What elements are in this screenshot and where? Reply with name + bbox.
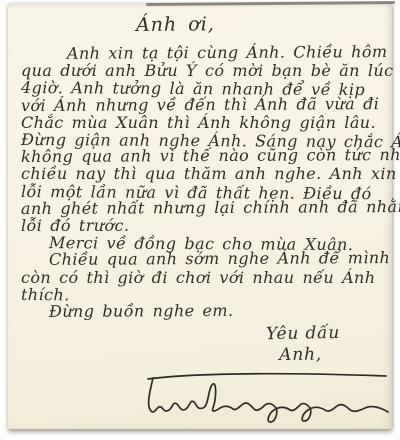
letter-line: Đừng buồn nghe em.: [21, 301, 388, 320]
letter-salutation: Ánh ơi,: [136, 9, 392, 38]
letter-line: chiều nay thì qua thăm anh nghe. Anh xin: [21, 165, 388, 182]
letter-line: Anh xin tạ tội cùng Ánh. Chiều hôm: [21, 43, 388, 62]
letter-scan: Ánh ơi, Anh xin tạ tội cùng Ánh. Chiều h…: [0, 0, 400, 440]
letter-line: qua dưới anh Bửu Ý có mời bạn bè ăn lúc: [21, 62, 388, 79]
letter-content: Ánh ơi, Anh xin tạ tội cùng Ánh. Chiều h…: [8, 3, 392, 429]
signature-trinh-cong-son: [141, 364, 393, 424]
letter-line: với Ánh nhưng về đến thì Ánh đã vừa đi: [21, 95, 388, 114]
letter-line: còn có thì giờ đi chơi với nhau nếu Ánh: [21, 269, 388, 286]
letter-line: anh ghét nhất nhưng lại chính anh đã nhằ…: [21, 198, 388, 217]
letter-closing: Yêu dấu Anh,: [8, 321, 392, 365]
letter-line: Chắc mùa Xuân thì Ánh không giận lâu.: [21, 114, 388, 131]
letter-line: lỗi đó trước.: [21, 217, 388, 234]
letter-body: Anh xin tạ tội cùng Ánh. Chiều hôm qua d…: [21, 45, 388, 320]
letter-paper: Ánh ơi, Anh xin tạ tội cùng Ánh. Chiều h…: [8, 3, 392, 429]
letter-line: không qua anh vì thế nào cũng còn tức nh…: [21, 146, 388, 165]
letter-line: Chiều qua anh sớm nghe Ánh để mình: [21, 250, 388, 269]
